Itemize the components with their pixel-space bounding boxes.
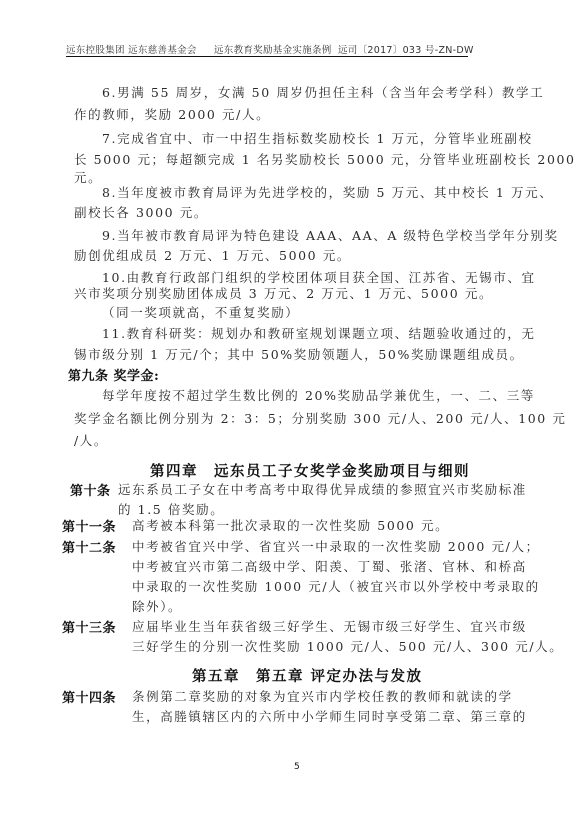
item-7-line-2: 长 5000 元；每超额完成 1 名另奖励校长 5000 元，分管毕业班副校长 … (74, 150, 576, 168)
article-13-label: 第十三条 (62, 617, 116, 636)
article-14-line-2: 生，高塍镇辖区内的六所中小学师生同时享受第二章、第三章的 (132, 707, 527, 725)
item-11-line-2: 锡市级分别 1 万元/个；其中 50%奖励领题人，50%奖励课题组成员。 (74, 345, 524, 363)
article-9-line-1: 每学年度按不超过学生数比例的 20%奖励品学兼优生，一、二、三等 (102, 386, 535, 404)
item-10-note: （同一奖项就高，不重复奖励） (102, 303, 299, 321)
article-12-line-1: 中考被省宜兴中学、省宜兴一中录取的一次性奖励 2000 元/人； (132, 537, 540, 555)
document-page: 远东控股集团 远东慈善基金会 远东教育奖励基金实施条例 远司〔2017〕033 … (0, 0, 585, 821)
article-9-line-3: /人。 (74, 431, 108, 449)
article-11-line-1: 高考被本科第一批次录取的一次性奖励 5000 元。 (132, 516, 449, 534)
article-10-line-1: 远东系员工子女在中考高考中取得优异成绩的参照宜兴市奖励标准 (118, 480, 527, 498)
item-7-line-1: 7.完成省宜中、市一中招生指标数奖励校长 1 万元，分管毕业班副校 (102, 129, 533, 147)
page-number: 5 (294, 762, 300, 772)
page-header: 远东控股集团 远东慈善基金会 远东教育奖励基金实施条例 远司〔2017〕033 … (66, 40, 468, 57)
item-9-line-1: 9.当年被市教育局评为特色建设 AAA、AA、A 级特色学校当学年分别奖 (102, 226, 559, 244)
article-14-line-1: 条例第二章奖励的对象为宜兴市内学校任教的教师和就读的学 (132, 687, 513, 705)
item-9-line-2: 励创优组成员 2 万元、1 万元、5000 元。 (74, 246, 351, 264)
header-doc-number: 远司〔2017〕033 号-ZN-DW (338, 42, 474, 56)
header-doc-title: 远东教育奖励基金实施条例 (214, 42, 332, 56)
item-6-line-2: 作的教师，奖励 2000 元/人。 (74, 105, 270, 123)
article-9-label: 第九条 奖学金: (68, 365, 159, 384)
article-9-line-2: 奖学金名额比例分别为 2：3：5；分别奖励 300 元/人、200 元/人、10… (74, 409, 567, 427)
article-12-line-2: 中考被宜兴市第二高级中学、阳羡、丁蜀、张渚、官林、和桥高 (132, 557, 527, 575)
article-12-line-3: 中录取的一次性奖励 1000 元/人（被宜兴市以外学校中考录取的 (132, 577, 540, 595)
article-10-label: 第十条 (70, 480, 111, 499)
article-13-line-2: 三好学生的分别一次性奖励 1000 元/人、500 元/人、300 元/人。 (132, 637, 563, 655)
article-12-line-4: 除外）。 (132, 597, 182, 615)
article-11-label: 第十一条 (62, 516, 116, 535)
chapter-5-title: 第五章 第五章 评定办法与发放 (192, 665, 423, 686)
article-13-line-1: 应届毕业生当年获省级三好学生、无锡市级三好学生、宜兴市级 (132, 617, 527, 635)
item-6-line-1: 6.男满 55 周岁，女满 50 周岁仍担任主科（含当年会考学科）教学工 (102, 83, 544, 101)
item-8-line-2: 副校长各 3000 元。 (74, 203, 208, 221)
article-12-label: 第十二条 (62, 537, 116, 556)
article-14-label: 第十四条 (62, 687, 116, 706)
item-11-line-1: 11.教育科研奖：规划办和教研室规划课题立项、结题验收通过的，无 (102, 324, 536, 342)
item-10-line-2: 兴市奖项分别奖励团体成员 3 万元、2 万元、1 万元、5000 元。 (74, 284, 493, 302)
item-8-line-1: 8.当年度被市教育局评为先进学校的，奖励 5 万元、其中校长 1 万元、 (102, 183, 553, 201)
item-7-line-3: 元。 (74, 168, 102, 186)
chapter-4-title: 第四章 远东员工子女奖学金奖励项目与细则 (150, 460, 470, 481)
header-org: 远东控股集团 远东慈善基金会 (66, 42, 197, 56)
